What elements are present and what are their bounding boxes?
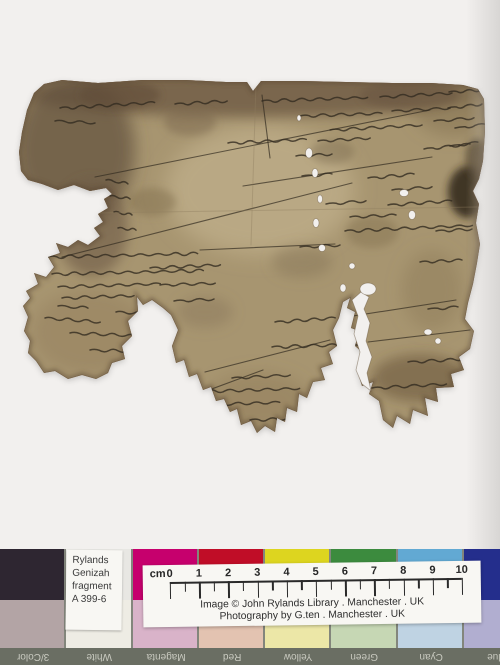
color-label: Magenta xyxy=(133,648,199,665)
ruler-minor-tick xyxy=(330,580,332,590)
ruler-number: 10 xyxy=(455,564,467,576)
color-calibration-bar: 3/ColorWhiteMagentaRedYellowGreenCyanBlu… xyxy=(0,549,500,665)
color-label: Yellow xyxy=(265,648,331,665)
fragment-id-text: RylandsGenizahfragmentA 399-6 xyxy=(72,554,123,607)
ruler-major-tick xyxy=(316,580,318,597)
color-label-band: 3/ColorWhiteMagentaRedYellowGreenCyanBlu… xyxy=(0,648,500,665)
stain xyxy=(164,108,216,136)
color-label: White xyxy=(66,648,132,665)
hole xyxy=(297,115,301,121)
photo-edge-shade xyxy=(466,0,500,549)
hole xyxy=(312,169,318,178)
ruler-number: 3 xyxy=(254,567,260,579)
ruler-minor-tick xyxy=(389,579,391,589)
stain xyxy=(56,180,128,276)
ruler-major-tick xyxy=(345,580,347,597)
manuscript-fragment xyxy=(0,0,500,549)
hole xyxy=(319,245,326,252)
ruler-major-tick xyxy=(228,581,230,598)
ruler-card: cm 012345678910 Image © John Rylands Lib… xyxy=(143,561,482,628)
ruler-number: 8 xyxy=(400,565,406,577)
hole xyxy=(409,211,416,220)
hole xyxy=(306,148,313,158)
ruler-number: 2 xyxy=(225,567,231,579)
fragment-id-card: RylandsGenizahfragmentA 399-6 xyxy=(65,550,122,631)
ruler-major-tick xyxy=(170,582,172,599)
color-patch-3-color xyxy=(0,549,64,648)
parchment-stains xyxy=(15,73,497,432)
stain xyxy=(402,250,462,330)
fragment-id-line: fragment xyxy=(72,580,122,594)
ruler-number: 7 xyxy=(371,565,377,577)
ruler-minor-tick xyxy=(214,581,216,591)
color-label: 3/Color xyxy=(0,648,66,665)
ruler-number: 1 xyxy=(196,568,202,580)
hole xyxy=(424,329,432,335)
ruler-number: 5 xyxy=(313,566,319,578)
hole xyxy=(313,219,319,228)
ruler-major-tick xyxy=(257,581,259,598)
hole xyxy=(349,263,355,269)
hole xyxy=(318,195,323,203)
ruler-minor-tick xyxy=(272,581,274,591)
ruler-number: 9 xyxy=(429,564,435,576)
hole xyxy=(360,283,376,295)
ruler-major-tick xyxy=(374,579,376,596)
stain xyxy=(372,354,468,402)
ruler-number: 6 xyxy=(342,565,348,577)
photograph-page: { "id_card": { "lines": ["Rylands", "Gen… xyxy=(0,0,500,665)
color-label: Red xyxy=(199,648,265,665)
ruler-minor-tick xyxy=(243,581,245,591)
hole xyxy=(340,284,346,292)
patch-pastel xyxy=(0,600,64,648)
hole xyxy=(435,338,441,344)
ruler-number: 0 xyxy=(167,568,173,580)
ruler-unit-label: cm xyxy=(150,568,166,580)
patch-saturated xyxy=(0,549,64,600)
hole xyxy=(400,190,409,197)
fragment-id-line: A 399-6 xyxy=(72,593,122,607)
ruler-major-tick xyxy=(462,578,464,595)
color-label: Green xyxy=(331,648,397,665)
color-label: Blue xyxy=(464,648,500,665)
ruler-number: 4 xyxy=(283,566,289,578)
ruler-major-tick xyxy=(433,578,435,595)
stain xyxy=(310,140,354,164)
color-label: Cyan xyxy=(398,648,464,665)
ruler-minor-tick xyxy=(184,582,186,592)
manuscript-photo-area xyxy=(0,0,500,549)
ruler-minor-tick xyxy=(447,578,449,588)
ruler-minor-tick xyxy=(301,580,303,590)
ruler-minor-tick xyxy=(418,578,420,588)
ruler-major-tick xyxy=(287,580,289,597)
ruler-major-tick xyxy=(403,579,405,596)
ruler-major-tick xyxy=(199,582,201,599)
fragment-id-line: Genizah xyxy=(72,567,122,581)
stain xyxy=(346,216,398,248)
fragment-id-line: Rylands xyxy=(72,554,122,568)
ruler-minor-tick xyxy=(360,579,362,589)
